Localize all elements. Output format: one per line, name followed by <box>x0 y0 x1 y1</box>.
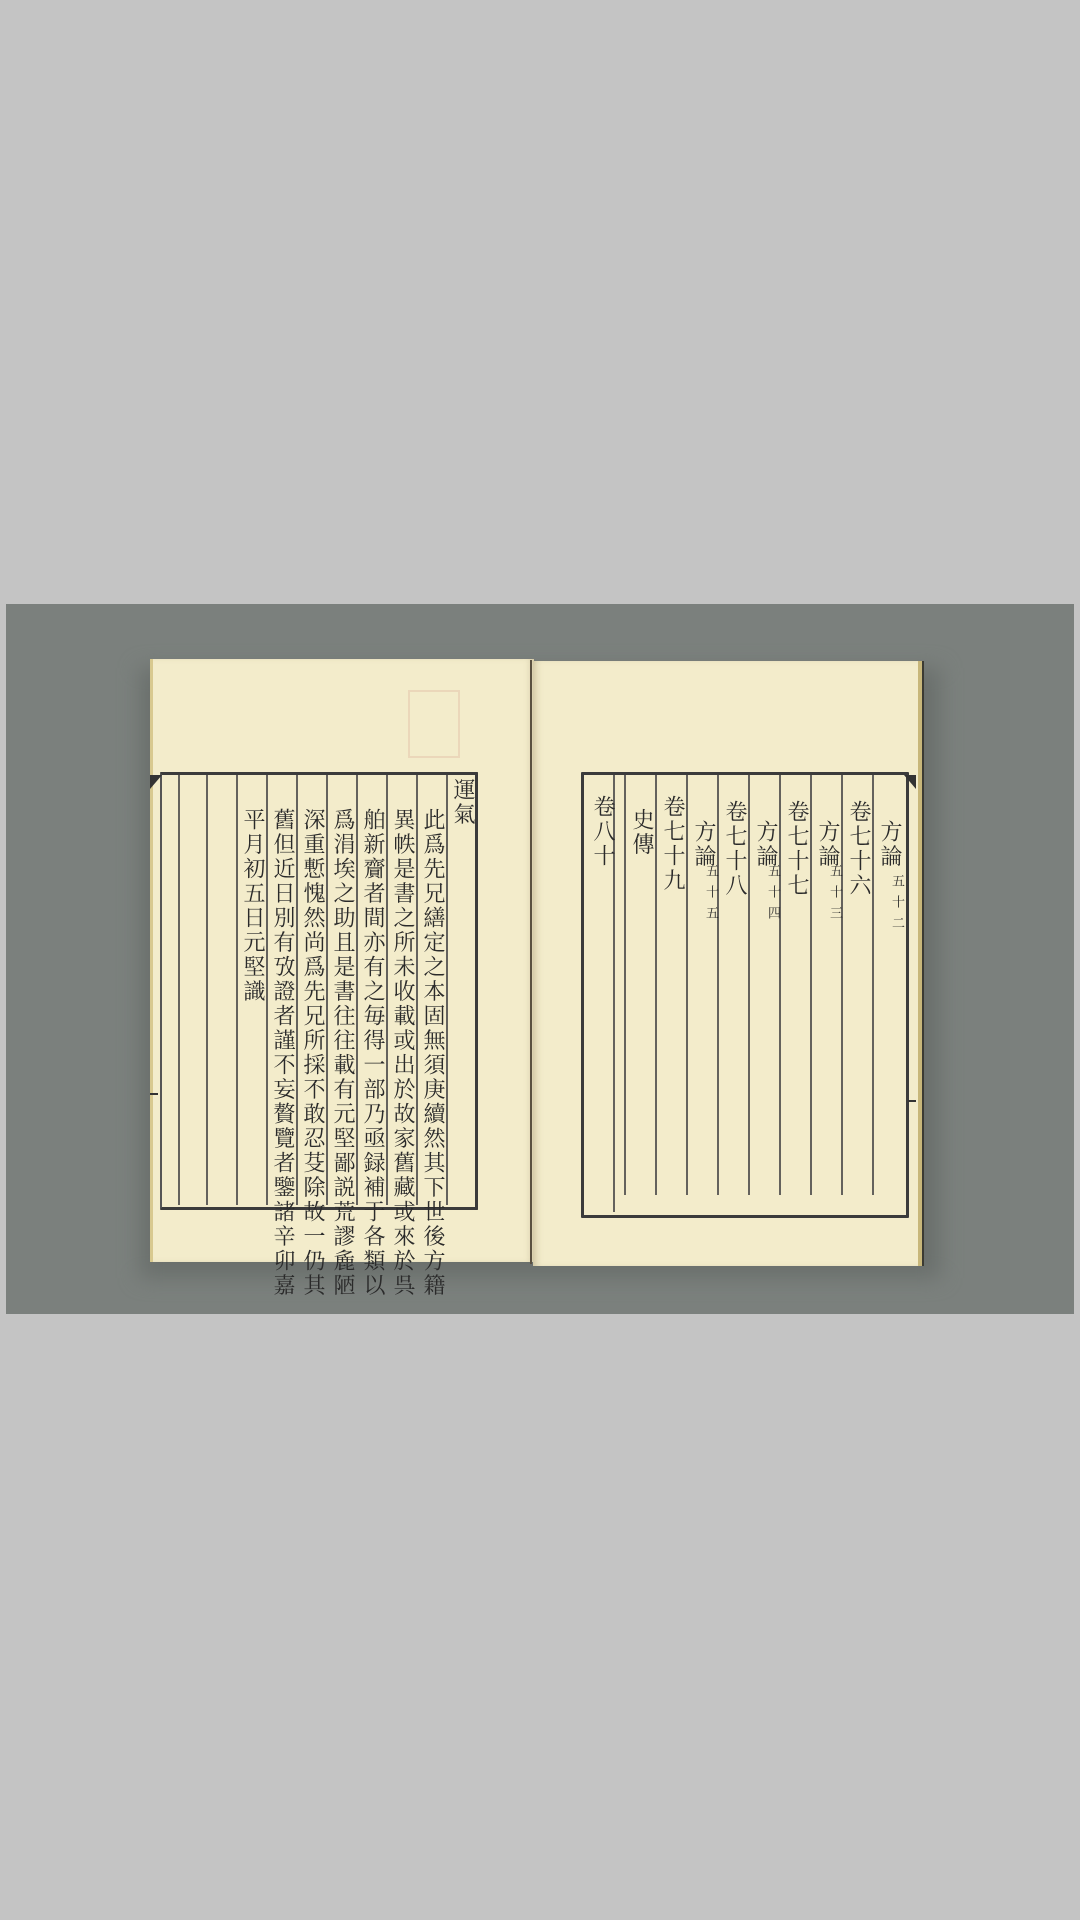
left-fishtail-mark <box>150 775 162 789</box>
left-col-3: 異帙是書之所未收載或出於故家舊藏或來於呉 <box>387 808 417 1298</box>
right-edge-tick <box>908 1100 916 1102</box>
right-col-1-sub: 五十二 <box>881 874 911 937</box>
column-rule <box>178 775 180 1205</box>
left-col-5: 爲涓埃之助且是書往往載有元堅鄙説荒謬麁陋 <box>327 808 357 1298</box>
left-col-6: 深重慙愧然尚爲先兄所採不敢忍芟除故一仍其 <box>297 808 327 1298</box>
right-col-9: 史傳 <box>626 808 656 857</box>
left-edge-tick <box>150 1093 158 1095</box>
right-col-5-sub: 五十四 <box>757 864 787 927</box>
right-col-5: 方論 <box>750 820 780 869</box>
left-col-1-heading: 運氣 <box>447 778 477 827</box>
right-col-7: 方論 <box>688 820 718 869</box>
right-fishtail-mark <box>904 775 916 789</box>
column-rule <box>206 775 208 1205</box>
left-col-8-signature: 平月初五日元堅識 <box>237 808 267 1004</box>
right-col-7-sub: 五十五 <box>695 864 725 927</box>
faint-seal-stamp <box>408 690 460 758</box>
right-col-3-sub: 五十三 <box>819 864 849 927</box>
left-col-4: 舶新齎者間亦有之毎得一部乃亟録補于各類以 <box>357 808 387 1298</box>
right-col-8: 卷七十九 <box>657 795 687 893</box>
book-gutter <box>530 660 532 1264</box>
right-col-1: 方論 <box>874 820 904 869</box>
right-col-10: 卷八十 <box>587 795 617 869</box>
right-col-3: 方論 <box>812 820 842 869</box>
left-col-7: 舊但近日別有攷證者謹不妄贅覽者鑒諸辛卯嘉 <box>267 808 297 1298</box>
left-col-2: 此爲先兄繕定之本固無須庚續然其下世後方籍 <box>417 808 447 1298</box>
